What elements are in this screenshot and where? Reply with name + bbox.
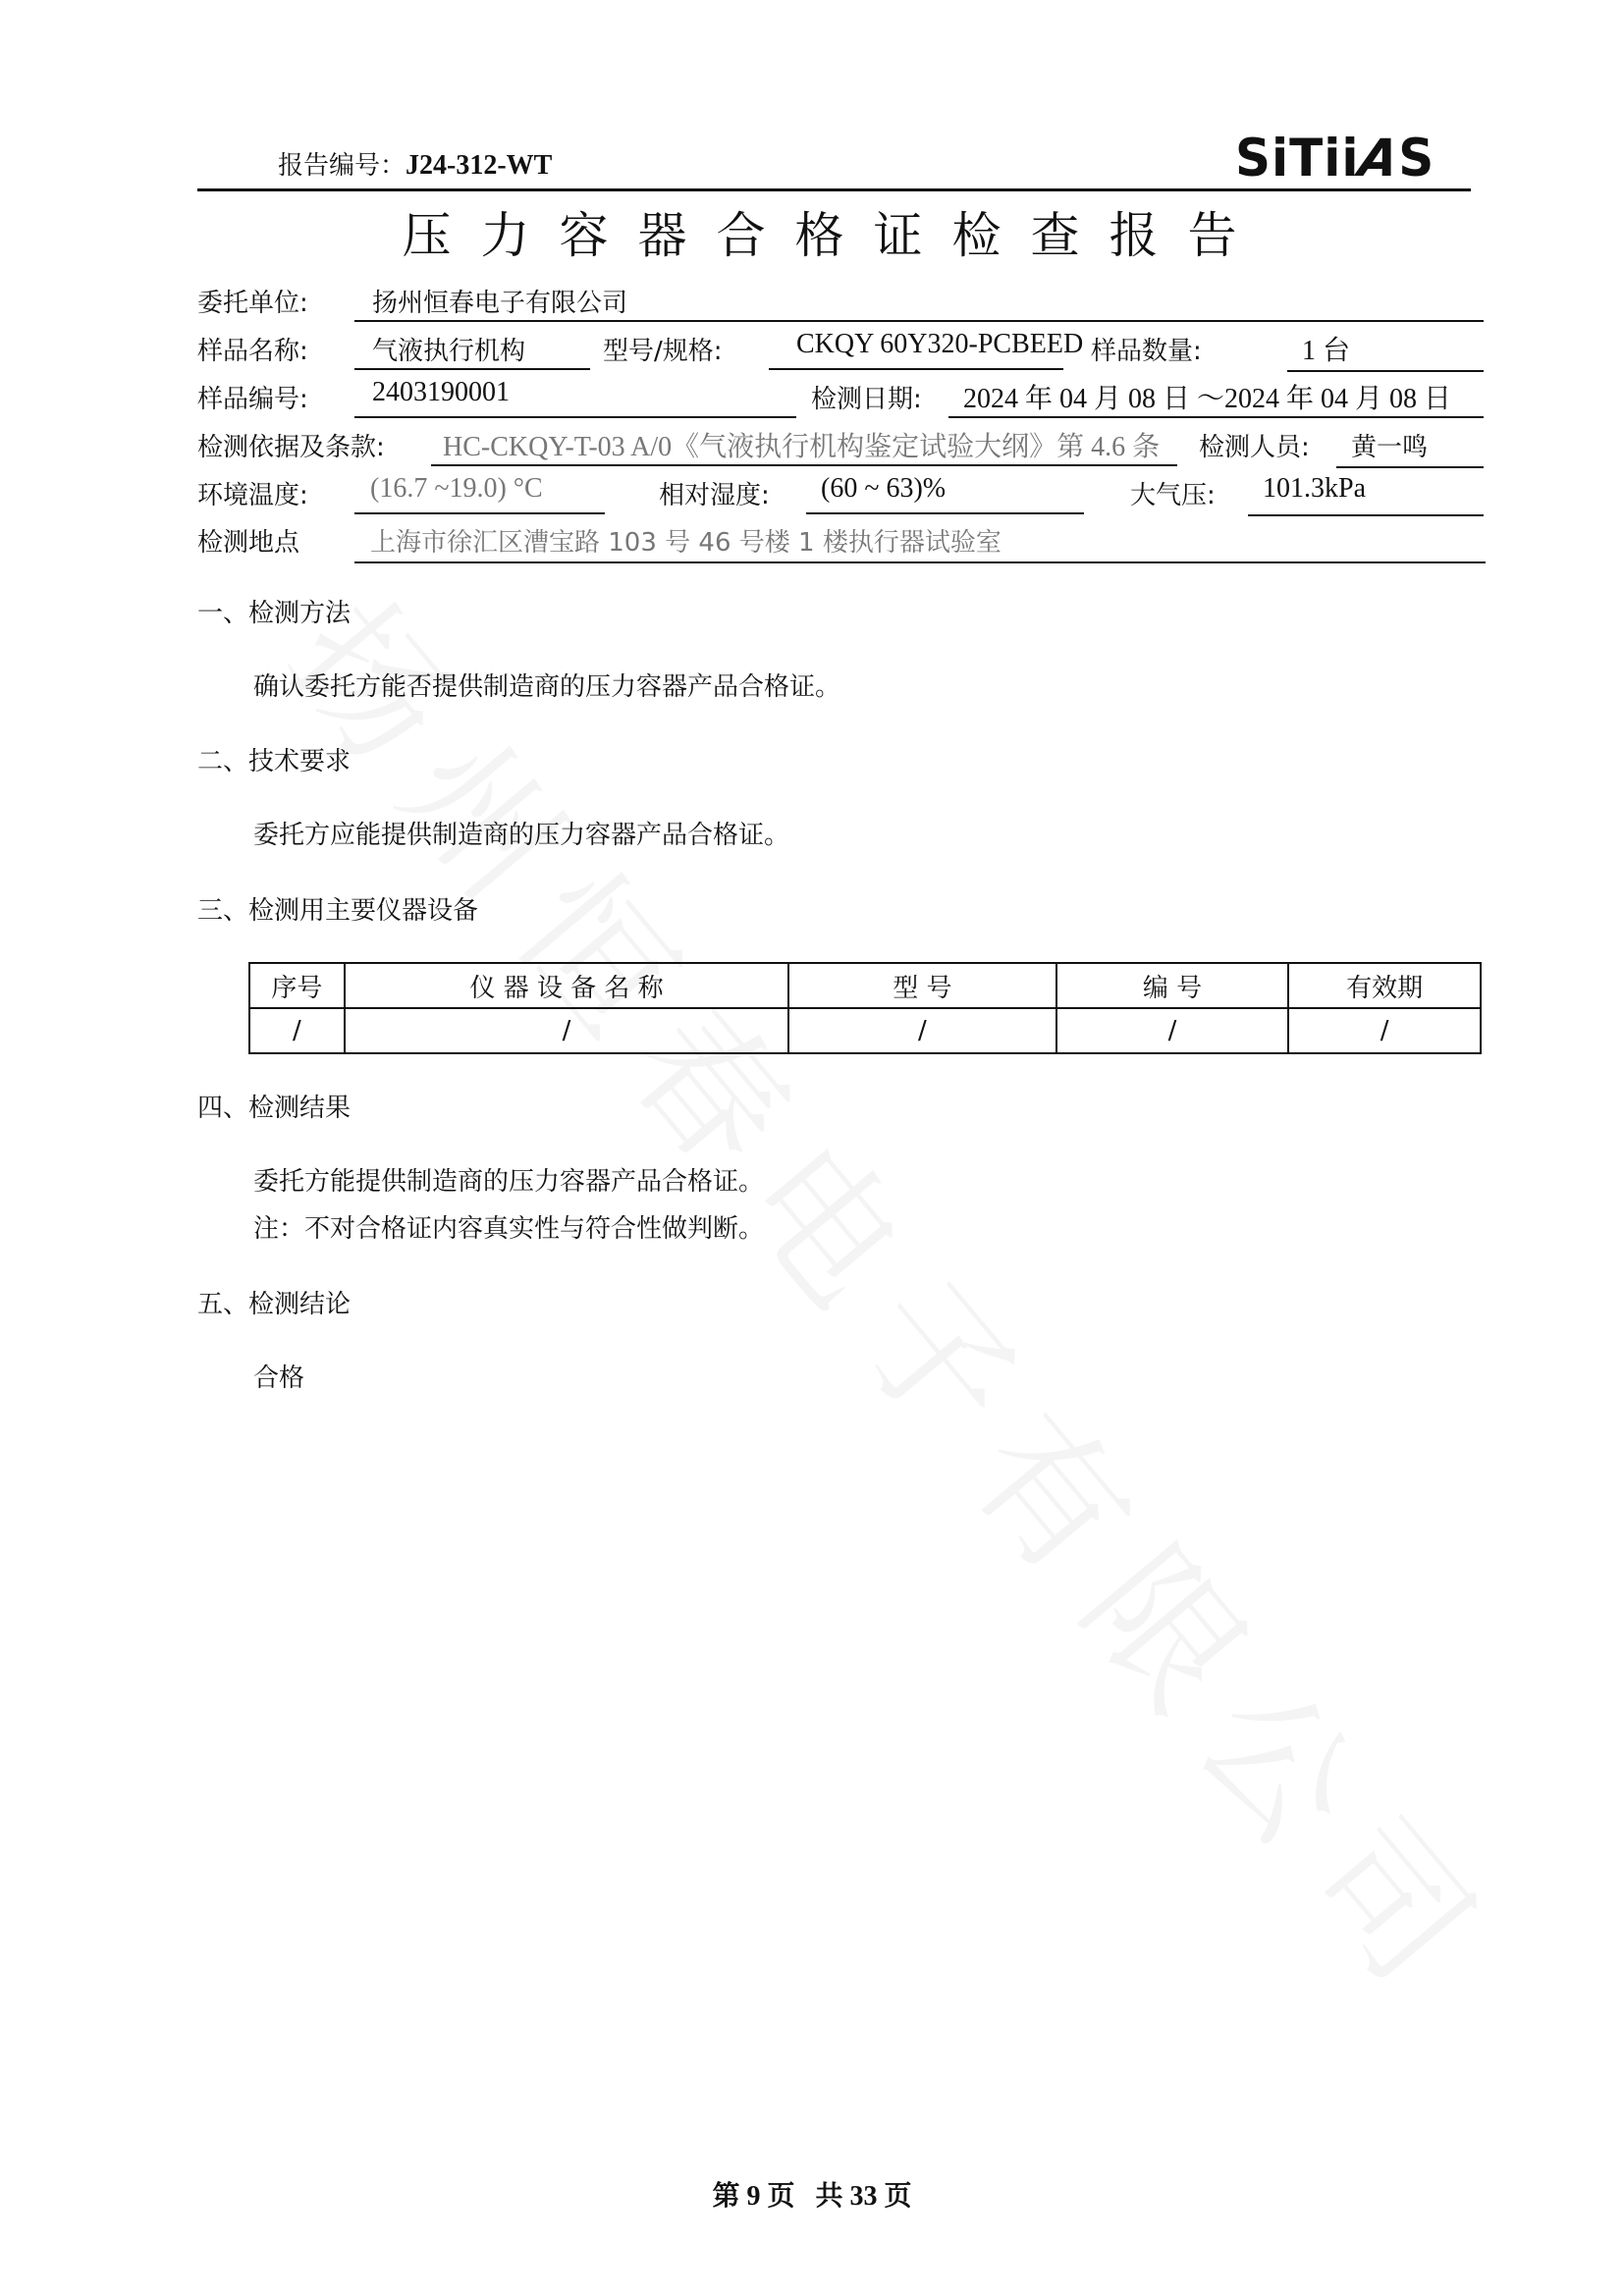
test-date-label: 检测日期: bbox=[811, 379, 922, 415]
info-row-sample: 样品名称: 气液执行机构 型号/规格: CKQY 60Y320-PCBEED 样… bbox=[197, 327, 1484, 374]
model-underline bbox=[769, 368, 1063, 370]
cell-index: / bbox=[249, 1008, 345, 1053]
section-heading-requirements: 二、技术要求 bbox=[197, 741, 351, 777]
section-conclusion-text: 合格 bbox=[253, 1358, 304, 1394]
report-number-value: J24-312-WT bbox=[406, 150, 552, 181]
info-row-client: 委托单位: 扬州恒春电子有限公司 bbox=[197, 279, 1484, 326]
section-heading-conclusion: 五、检测结论 bbox=[197, 1284, 351, 1320]
cell-validity: / bbox=[1288, 1008, 1481, 1053]
location-label: 检测地点 bbox=[197, 522, 299, 559]
page-number: 9 bbox=[746, 2181, 760, 2212]
sample-no-value: 2403190001 bbox=[372, 377, 510, 408]
info-row-environment: 环境温度: (16.7 ~19.0) °C 相对湿度: (60 ~ 63)% 大… bbox=[197, 471, 1484, 518]
cell-equipment-name: / bbox=[345, 1008, 788, 1053]
watermark: 扬州恒春电子有限公司 bbox=[250, 550, 1548, 2040]
report-number-label: 报告编号： bbox=[278, 151, 406, 181]
quantity-underline bbox=[1287, 370, 1484, 372]
equipment-table: 序号 仪 器 设 备 名 称 型 号 编 号 有效期 / / / / / bbox=[248, 962, 1482, 1054]
col-header-equipment-name: 仪 器 设 备 名 称 bbox=[345, 963, 788, 1008]
total-pages: 33 bbox=[850, 2181, 878, 2212]
sample-name-label: 样品名称: bbox=[197, 331, 308, 367]
sample-no-label: 样品编号: bbox=[197, 379, 308, 415]
pressure-underline bbox=[1248, 514, 1484, 516]
col-header-index: 序号 bbox=[249, 963, 345, 1008]
client-label: 委托单位: bbox=[197, 283, 308, 319]
basis-underline bbox=[431, 464, 1177, 466]
page-footer: 第 9 页 共 33 页 bbox=[0, 2174, 1624, 2214]
equipment-table-header-row: 序号 仪 器 设 备 名 称 型 号 编 号 有效期 bbox=[249, 963, 1481, 1008]
col-header-serial-no: 编 号 bbox=[1056, 963, 1289, 1008]
pressure-label: 大气压: bbox=[1130, 475, 1216, 511]
section-heading-results: 四、检测结果 bbox=[197, 1088, 351, 1124]
section-results-text: 委托方能提供制造商的压力容器产品合格证。 bbox=[253, 1161, 764, 1198]
logo-text-end: S bbox=[1398, 129, 1435, 188]
humidity-value: (60 ~ 63)% bbox=[821, 473, 946, 505]
test-date-underline bbox=[948, 416, 1484, 418]
section-heading-equipment: 三、检测用主要仪器设备 bbox=[197, 890, 478, 927]
client-value: 扬州恒春电子有限公司 bbox=[372, 283, 627, 319]
page-title: 压力容器合格证检查报告 bbox=[197, 196, 1471, 267]
sample-name-value: 气液执行机构 bbox=[372, 331, 525, 367]
col-header-validity: 有效期 bbox=[1288, 963, 1481, 1008]
model-value: CKQY 60Y320-PCBEED bbox=[796, 329, 1083, 360]
temperature-underline bbox=[354, 512, 605, 514]
report-number: 报告编号：J24-312-WT bbox=[278, 145, 552, 182]
cell-model: / bbox=[788, 1008, 1056, 1053]
section-heading-method: 一、检测方法 bbox=[197, 593, 351, 629]
info-row-location: 检测地点 上海市徐汇区漕宝路 103 号 46 号楼 1 楼执行器试验室 bbox=[197, 518, 1484, 565]
test-date-value: 2024 年 04 月 08 日 ～2024 年 04 月 08 日 bbox=[963, 377, 1451, 416]
cell-serial-no: / bbox=[1056, 1008, 1289, 1053]
logo-a-mark: A bbox=[1354, 129, 1403, 188]
sample-name-underline bbox=[354, 368, 590, 370]
pressure-value: 101.3kPa bbox=[1263, 473, 1366, 505]
location-value: 上海市徐汇区漕宝路 103 号 46 号楼 1 楼执行器试验室 bbox=[370, 522, 1001, 559]
sitiias-logo: SiTiiAS bbox=[1235, 129, 1435, 188]
sample-no-underline bbox=[354, 416, 796, 418]
table-row: / / / / / bbox=[249, 1008, 1481, 1053]
page-suffix: 页 bbox=[767, 2179, 794, 2212]
section-requirements-text: 委托方应能提供制造商的压力容器产品合格证。 bbox=[253, 815, 789, 851]
info-row-sample-no: 样品编号: 2403190001 检测日期: 2024 年 04 月 08 日 … bbox=[197, 375, 1484, 422]
inspector-label: 检测人员: bbox=[1199, 427, 1310, 463]
basis-value: HC-CKQY-T-03 A/0《气液执行机构鉴定试验大纲》第 4.6 条 bbox=[443, 425, 1160, 464]
inspector-underline bbox=[1336, 466, 1484, 468]
basis-label: 检测依据及条款: bbox=[197, 427, 385, 463]
page-prefix: 第 bbox=[712, 2179, 739, 2212]
total-suffix: 页 bbox=[885, 2179, 912, 2212]
quantity-value: 1 台 bbox=[1302, 329, 1350, 368]
total-prefix: 共 bbox=[816, 2179, 843, 2212]
section-method-text: 确认委托方能否提供制造商的压力容器产品合格证。 bbox=[253, 667, 840, 703]
location-underline bbox=[354, 561, 1486, 563]
model-label: 型号/规格: bbox=[603, 331, 723, 367]
logo-text: SiTii bbox=[1235, 129, 1360, 188]
header-rule bbox=[197, 188, 1471, 191]
section-results-note: 注：不对合格证内容真实性与符合性做判断。 bbox=[253, 1208, 764, 1245]
info-row-basis: 检测依据及条款: HC-CKQY-T-03 A/0《气液执行机构鉴定试验大纲》第… bbox=[197, 423, 1484, 470]
temperature-label: 环境温度: bbox=[197, 475, 308, 511]
inspector-value: 黄一鸣 bbox=[1351, 427, 1428, 463]
temperature-value: (16.7 ~19.0) °C bbox=[370, 473, 543, 505]
humidity-underline bbox=[806, 512, 1084, 514]
col-header-model: 型 号 bbox=[788, 963, 1056, 1008]
quantity-label: 样品数量: bbox=[1091, 331, 1202, 367]
humidity-label: 相对湿度: bbox=[659, 475, 770, 511]
client-underline bbox=[354, 320, 1484, 322]
